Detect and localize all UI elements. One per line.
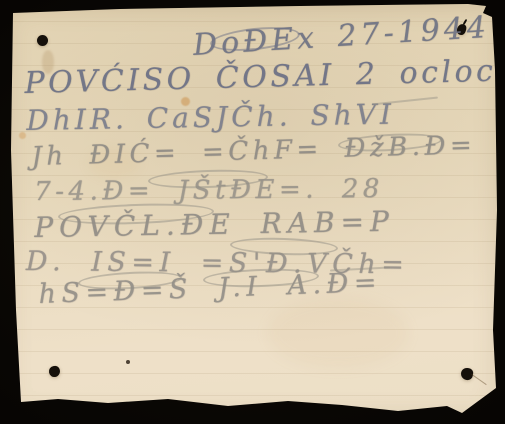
age-patch [268, 298, 408, 368]
ink-speck [126, 360, 130, 364]
rust-stain-small [19, 132, 26, 139]
paper-note: DoĐEx 27-1944 POVĆISO ČOSAI 2 oclock DhI… [0, 0, 505, 424]
scanned-photo: DoĐEx 27-1944 POVĆISO ČOSAI 2 oclock DhI… [0, 0, 505, 424]
paper-crack [471, 374, 486, 385]
pin-hole-top-left [37, 35, 48, 46]
handwritten-line-3: DhIR. CaSJČh. ShVI [26, 98, 395, 137]
handwritten-line-2: POVĆISO ČOSAI 2 oclock [24, 53, 505, 101]
pin-hole-bottom-left [48, 365, 61, 378]
